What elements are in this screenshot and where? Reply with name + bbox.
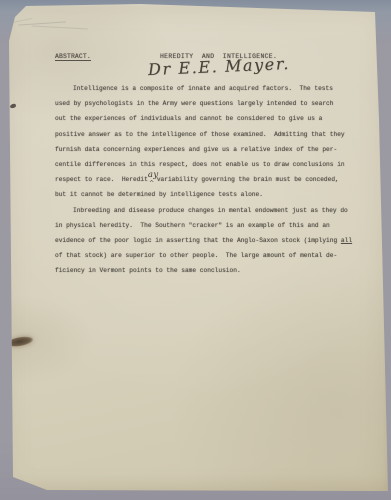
typed-line: ficiency in Vermont points to the same c… (55, 263, 355, 278)
underlined-word: all (341, 237, 352, 244)
handwritten-insertion: ay^ (148, 175, 157, 181)
typed-line: Inbreeding and disease produce changes i… (55, 203, 355, 218)
typed-line: evidence of the poor logic in asserting … (55, 233, 355, 248)
insertion-caret: ^ (149, 176, 154, 191)
pencil-scribble (32, 26, 88, 30)
typed-line: used by psychologists in the Army were q… (55, 96, 355, 111)
abstract-heading: ABSTRACT. (55, 53, 91, 60)
ink-speck (10, 103, 17, 108)
typed-line: but it cannot be determined by intellige… (55, 187, 355, 202)
pencil-scribble (18, 21, 66, 26)
typed-line: out the experiences of individuals and c… (55, 111, 355, 126)
typed-line: in physical heredity. The Southern "crac… (55, 218, 355, 233)
typed-segment: evidence of the poor logic in asserting … (55, 237, 341, 244)
typed-body: Intelligence is a composite of innate an… (55, 81, 355, 278)
photo-background: ABSTRACT. HEREDITY AND INTELLIGENCE. Dr … (0, 0, 391, 500)
typed-line: centile differences in this respect, doe… (55, 157, 355, 172)
typed-line: furnish data concerning experiences and … (55, 142, 355, 157)
document-page: ABSTRACT. HEREDITY AND INTELLIGENCE. Dr … (0, 0, 391, 500)
pencil-scribble (12, 18, 32, 23)
typed-line: of that stock) are superior to other peo… (55, 248, 355, 263)
typed-segment: respect to race. Heredit (55, 176, 148, 183)
typed-segment: variability governing the brain must be … (157, 176, 339, 183)
typed-line: Intelligence is a composite of innate an… (55, 81, 355, 96)
typed-line: positive answer as to the intelligence o… (55, 127, 355, 142)
staple-mark (7, 335, 33, 348)
typed-line: respect to race. Hereditay^variability g… (55, 172, 355, 187)
